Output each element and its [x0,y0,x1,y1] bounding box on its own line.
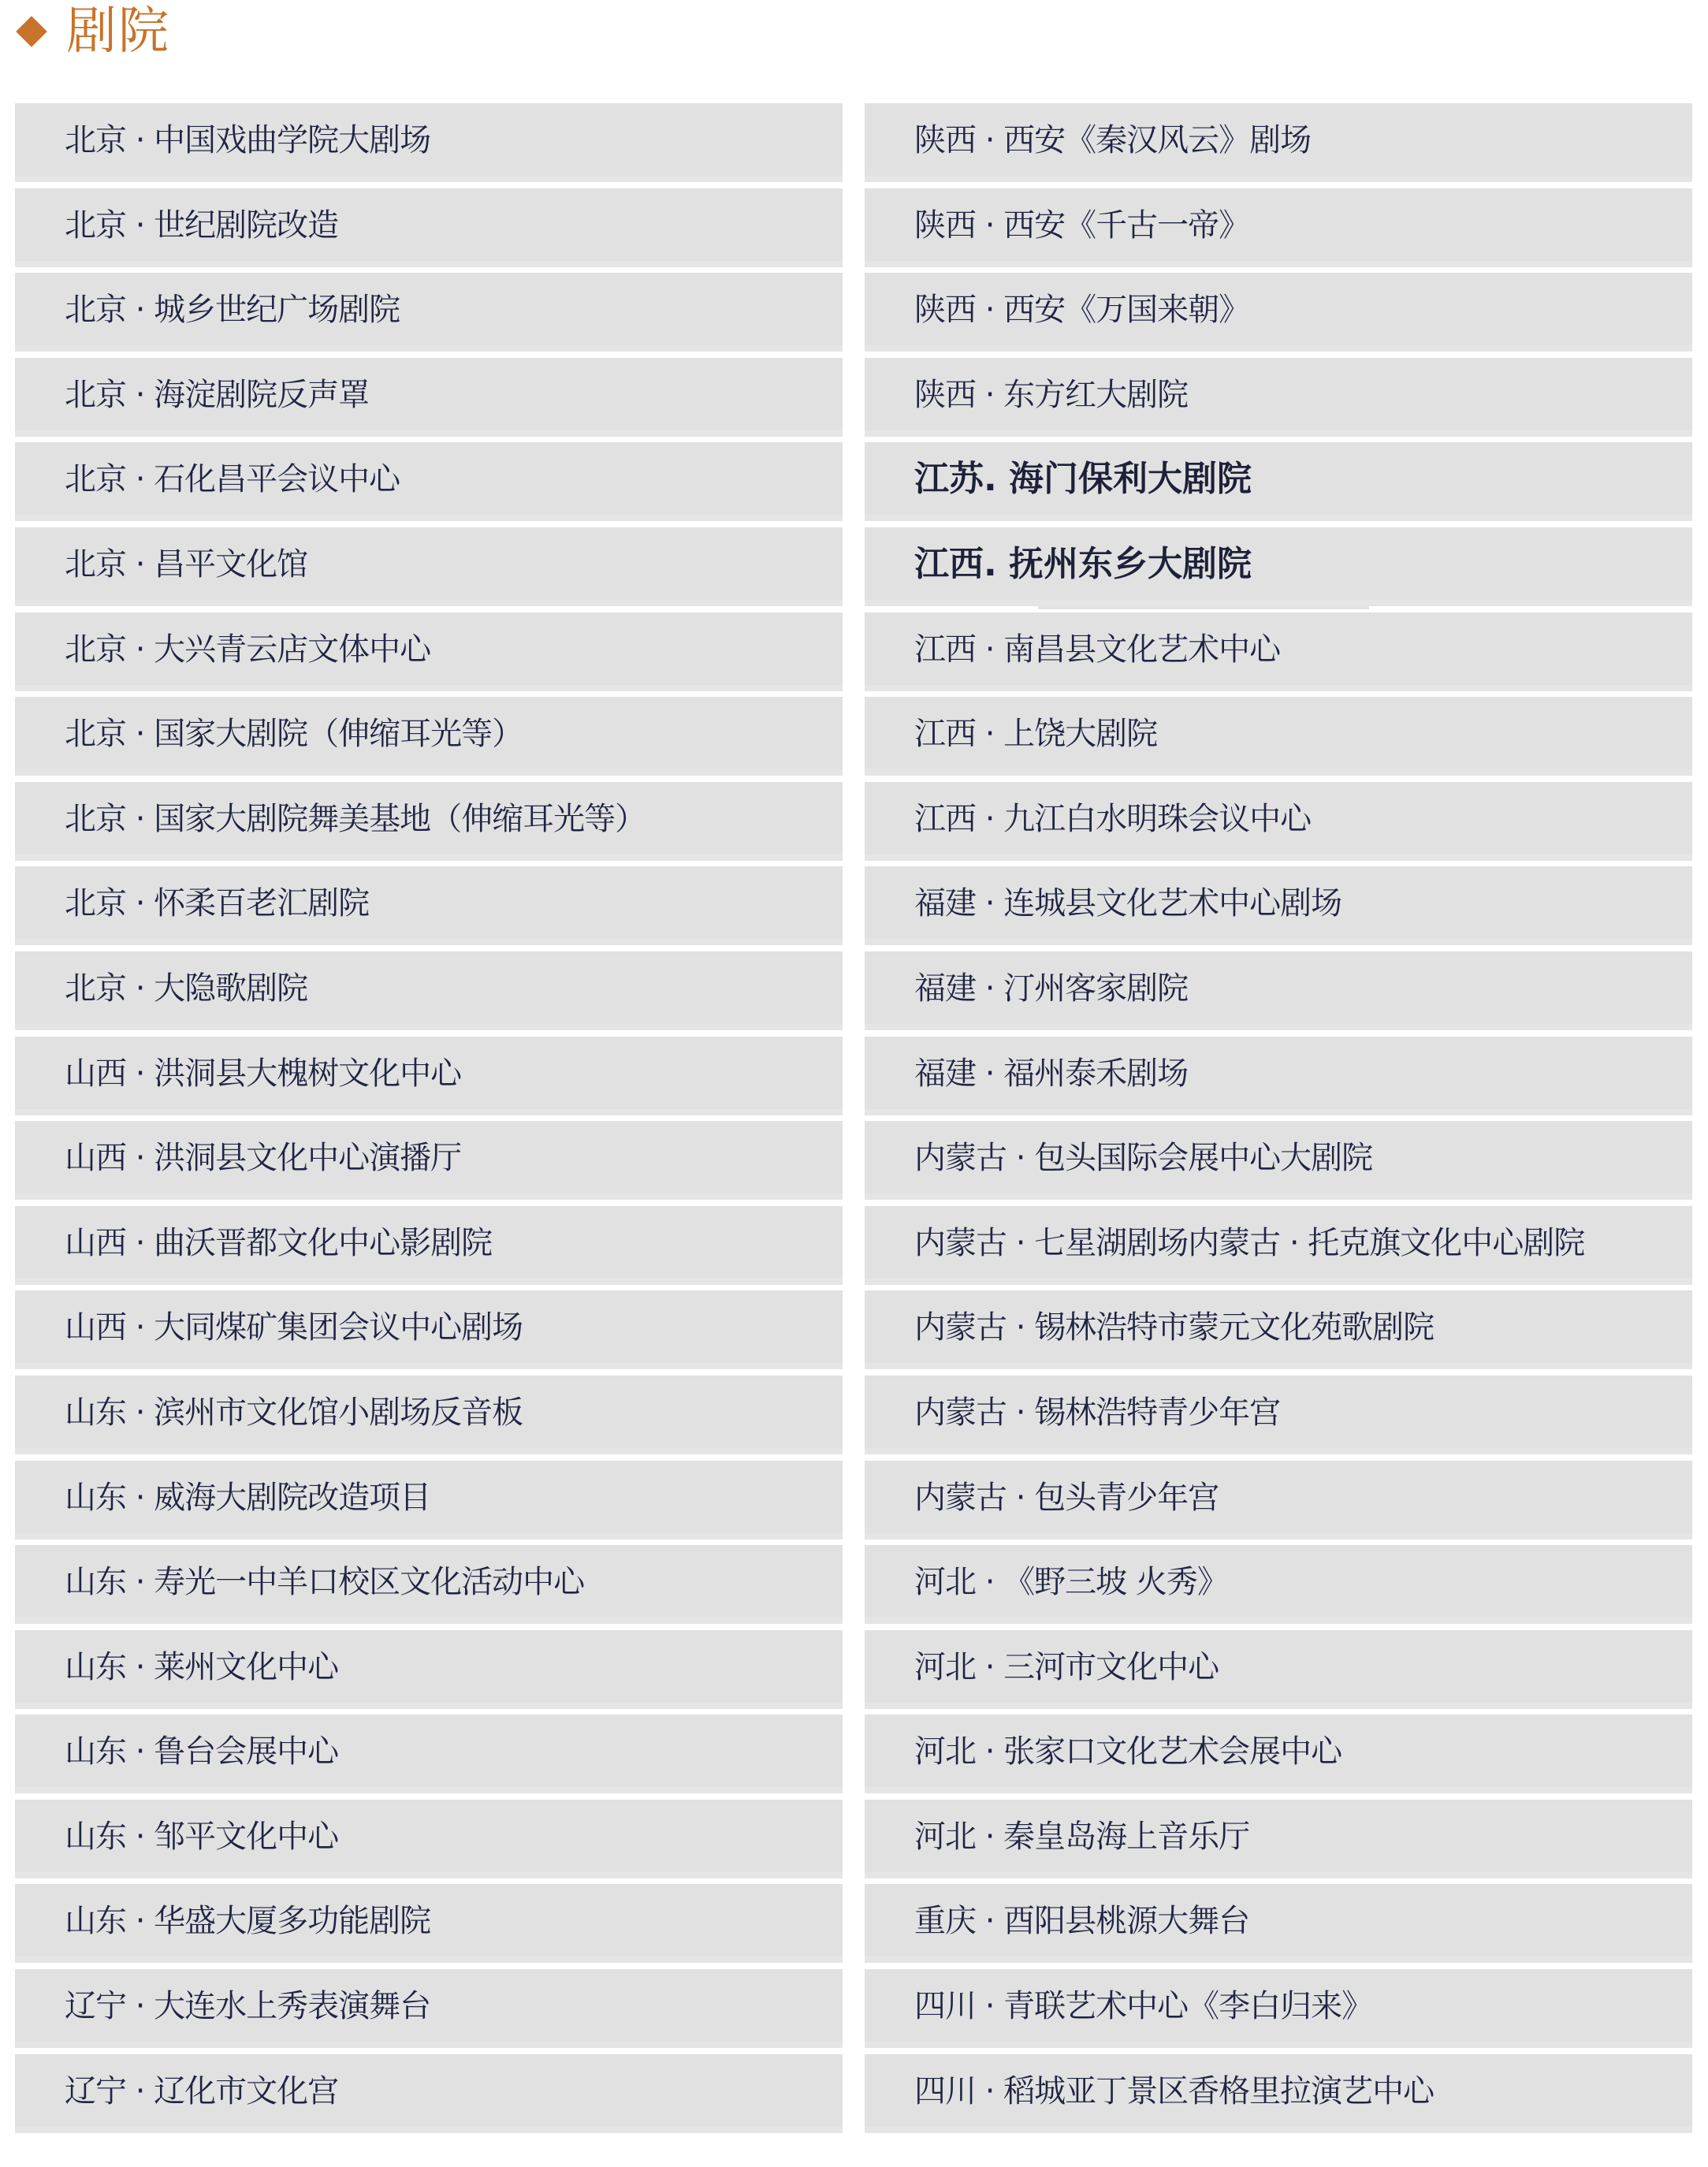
venue-item: 河北 · 张家口文化艺术会展中心 [865,1715,1692,1793]
venue-label: 山西 · 曲沃晋都文化中心影剧院 [15,1224,492,1262]
venue-item: 北京 · 城乡世纪广场剧院 [15,273,843,352]
venue-item: 陕西 · 西安《千古一帝》 [865,188,1692,267]
section-title: 剧院 [66,2,170,61]
venue-label: 山东 · 鲁台会展中心 [15,1733,338,1770]
venue-label: 重庆 · 酉阳县桃源大舞台 [865,1902,1249,1940]
right-venue-list: 陕西 · 西安《秦汉风云》剧场 陕西 · 西安《千古一帝》 陕西 · 西安《万国… [865,103,1692,2139]
venue-label: 河北 · 秦皇岛海上音乐厅 [865,1818,1249,1856]
venue-label: 四川 · 青联艺术中心《李白归来》 [865,1987,1372,2025]
venue-item: 北京 · 昌平文化馆 [15,527,843,606]
venue-label: 山东 · 莱州文化中心 [15,1648,338,1686]
venue-label: 山西 · 洪洞县文化中心演播厅 [15,1139,461,1177]
venue-item: 辽宁 · 辽化市文化宫 [15,2054,843,2133]
venue-label: 北京 · 昌平文化馆 [15,545,307,583]
venue-item: 福建 · 连城县文化艺术中心剧场 [865,866,1692,945]
venue-item: 内蒙古 · 包头青少年宫 [865,1461,1692,1540]
venue-label: 山东 · 威海大剧院改造项目 [15,1479,430,1517]
venue-item: 四川 · 青联艺术中心《李白归来》 [865,1969,1692,2048]
venue-item: 河北 · 《野三坡 火秀》 [865,1545,1692,1624]
venue-label: 内蒙古 · 包头国际会展中心大剧院 [865,1139,1372,1177]
venue-item: 北京 · 怀柔百老汇剧院 [15,866,843,945]
venue-item: 山东 · 寿光一中羊口校区文化活动中心 [15,1545,843,1624]
venue-label: 陕西 · 西安《万国来朝》 [865,291,1249,329]
venue-label: 陕西 · 西安《秦汉风云》剧场 [865,121,1311,159]
venue-item: 山东 · 莱州文化中心 [15,1630,843,1709]
venue-item: 内蒙古 · 七星湖剧场内蒙古 · 托克旗文化中心剧院 [865,1206,1692,1285]
venue-item: 辽宁 · 大连水上秀表演舞台 [15,1969,843,2048]
venue-item: 山东 · 滨州市文化馆小剧场反音板 [15,1376,843,1454]
venue-item: 福建 · 汀州客家剧院 [865,951,1692,1030]
venue-label: 江苏. 海门保利大剧院 [865,460,1252,498]
venue-label: 山东 · 滨州市文化馆小剧场反音板 [15,1394,523,1432]
venue-item: 北京 · 大隐歌剧院 [15,951,843,1030]
venue-item: 北京 · 大兴青云店文体中心 [15,612,843,691]
venue-item: 内蒙古 · 锡林浩特青少年宫 [865,1376,1692,1454]
venue-item: 山东 · 威海大剧院改造项目 [15,1461,843,1540]
venue-label: 北京 · 海淀剧院反声罩 [15,376,369,414]
venue-label: 内蒙古 · 锡林浩特青少年宫 [865,1394,1280,1432]
venue-label: 北京 · 石化昌平会议中心 [15,460,400,498]
venue-label: 江西 · 南昌县文化艺术中心 [865,631,1280,668]
venue-label: 北京 · 怀柔百老汇剧院 [15,884,369,922]
venue-label: 江西 · 九江白水明珠会议中心 [865,800,1311,838]
venue-item: 重庆 · 酉阳县桃源大舞台 [865,1884,1692,1963]
venue-label: 陕西 · 东方红大剧院 [865,376,1188,414]
venue-label: 内蒙古 · 锡林浩特市蒙元文化苑歌剧院 [865,1309,1434,1346]
venue-item: 陕西 · 东方红大剧院 [865,358,1692,437]
venue-label: 陕西 · 西安《千古一帝》 [865,207,1249,244]
venue-item: 河北 · 三河市文化中心 [865,1630,1692,1709]
venue-item: 福建 · 福州泰禾剧场 [865,1037,1692,1115]
venue-item: 山西 · 曲沃晋都文化中心影剧院 [15,1206,843,1285]
venue-item: 山东 · 鲁台会展中心 [15,1715,843,1793]
venue-item: 内蒙古 · 包头国际会展中心大剧院 [865,1121,1692,1200]
venue-item: 北京 · 世纪剧院改造 [15,188,843,267]
venue-item: 山西 · 洪洞县文化中心演播厅 [15,1121,843,1200]
venue-label: 福建 · 连城县文化艺术中心剧场 [865,884,1341,922]
venue-item: 陕西 · 西安《万国来朝》 [865,273,1692,352]
venue-item: 北京 · 国家大剧院（伸缩耳光等） [15,697,843,776]
venue-item: 山西 · 大同煤矿集团会议中心剧场 [15,1290,843,1369]
venue-label: 山西 · 洪洞县大槐树文化中心 [15,1055,461,1093]
venue-label: 福建 · 福州泰禾剧场 [865,1055,1188,1093]
venue-label: 江西 · 上饶大剧院 [865,715,1157,753]
venue-label: 内蒙古 · 包头青少年宫 [865,1479,1219,1517]
venue-label: 北京 · 大兴青云店文体中心 [15,631,430,668]
venue-label: 山西 · 大同煤矿集团会议中心剧场 [15,1309,523,1346]
venue-label: 江西. 抚州东乡大剧院 [865,545,1252,583]
venue-label: 北京 · 中国戏曲学院大剧场 [15,121,430,159]
venue-label: 河北 · 《野三坡 火秀》 [865,1563,1228,1601]
venue-label: 山东 · 寿光一中羊口校区文化活动中心 [15,1563,584,1601]
venue-label: 北京 · 大隐歌剧院 [15,970,307,1007]
venue-item: 河北 · 秦皇岛海上音乐厅 [865,1800,1692,1878]
venue-item: 山东 · 邹平文化中心 [15,1800,843,1878]
venue-item: 北京 · 海淀剧院反声罩 [15,358,843,437]
venue-label: 辽宁 · 辽化市文化宫 [15,2072,338,2110]
venue-label: 北京 · 国家大剧院舞美基地（伸缩耳光等） [15,800,646,838]
venue-label: 北京 · 世纪剧院改造 [15,207,338,244]
venue-item: 江西 · 九江白水明珠会议中心 [865,782,1692,861]
venue-item: 北京 · 石化昌平会议中心 [15,442,843,521]
left-venue-list: 北京 · 中国戏曲学院大剧场 北京 · 世纪剧院改造 北京 · 城乡世纪广场剧院… [15,103,843,2139]
venue-label: 福建 · 汀州客家剧院 [865,970,1188,1007]
venue-label: 内蒙古 · 七星湖剧场内蒙古 · 托克旗文化中心剧院 [865,1224,1584,1262]
diamond-bullet-icon [16,16,47,47]
venue-item: 江西 · 上饶大剧院 [865,697,1692,776]
venue-label: 四川 · 稻城亚丁景区香格里拉演艺中心 [865,2072,1434,2110]
venue-item: 四川 · 稻城亚丁景区香格里拉演艺中心 [865,2054,1692,2133]
venue-item: 山西 · 洪洞县大槐树文化中心 [15,1037,843,1115]
venue-label: 北京 · 国家大剧院（伸缩耳光等） [15,715,523,753]
venue-label: 河北 · 张家口文化艺术会展中心 [865,1733,1341,1770]
venue-item: 陕西 · 西安《秦汉风云》剧场 [865,103,1692,182]
venue-label: 山东 · 华盛大厦多功能剧院 [15,1902,430,1940]
venue-label: 山东 · 邹平文化中心 [15,1818,338,1856]
venue-item-emphasized: 江苏. 海门保利大剧院 [865,442,1692,521]
venue-item: 北京 · 中国戏曲学院大剧场 [15,103,843,182]
venue-label: 北京 · 城乡世纪广场剧院 [15,291,400,329]
venue-item-emphasized: 江西. 抚州东乡大剧院 [865,527,1692,606]
venue-label: 辽宁 · 大连水上秀表演舞台 [15,1987,430,2025]
venue-item: 内蒙古 · 锡林浩特市蒙元文化苑歌剧院 [865,1290,1692,1369]
venue-item: 北京 · 国家大剧院舞美基地（伸缩耳光等） [15,782,843,861]
section-header: 剧院 [0,0,473,71]
venue-item: 山东 · 华盛大厦多功能剧院 [15,1884,843,1963]
venue-item: 江西 · 南昌县文化艺术中心 [865,612,1692,691]
venue-label: 河北 · 三河市文化中心 [865,1648,1219,1686]
